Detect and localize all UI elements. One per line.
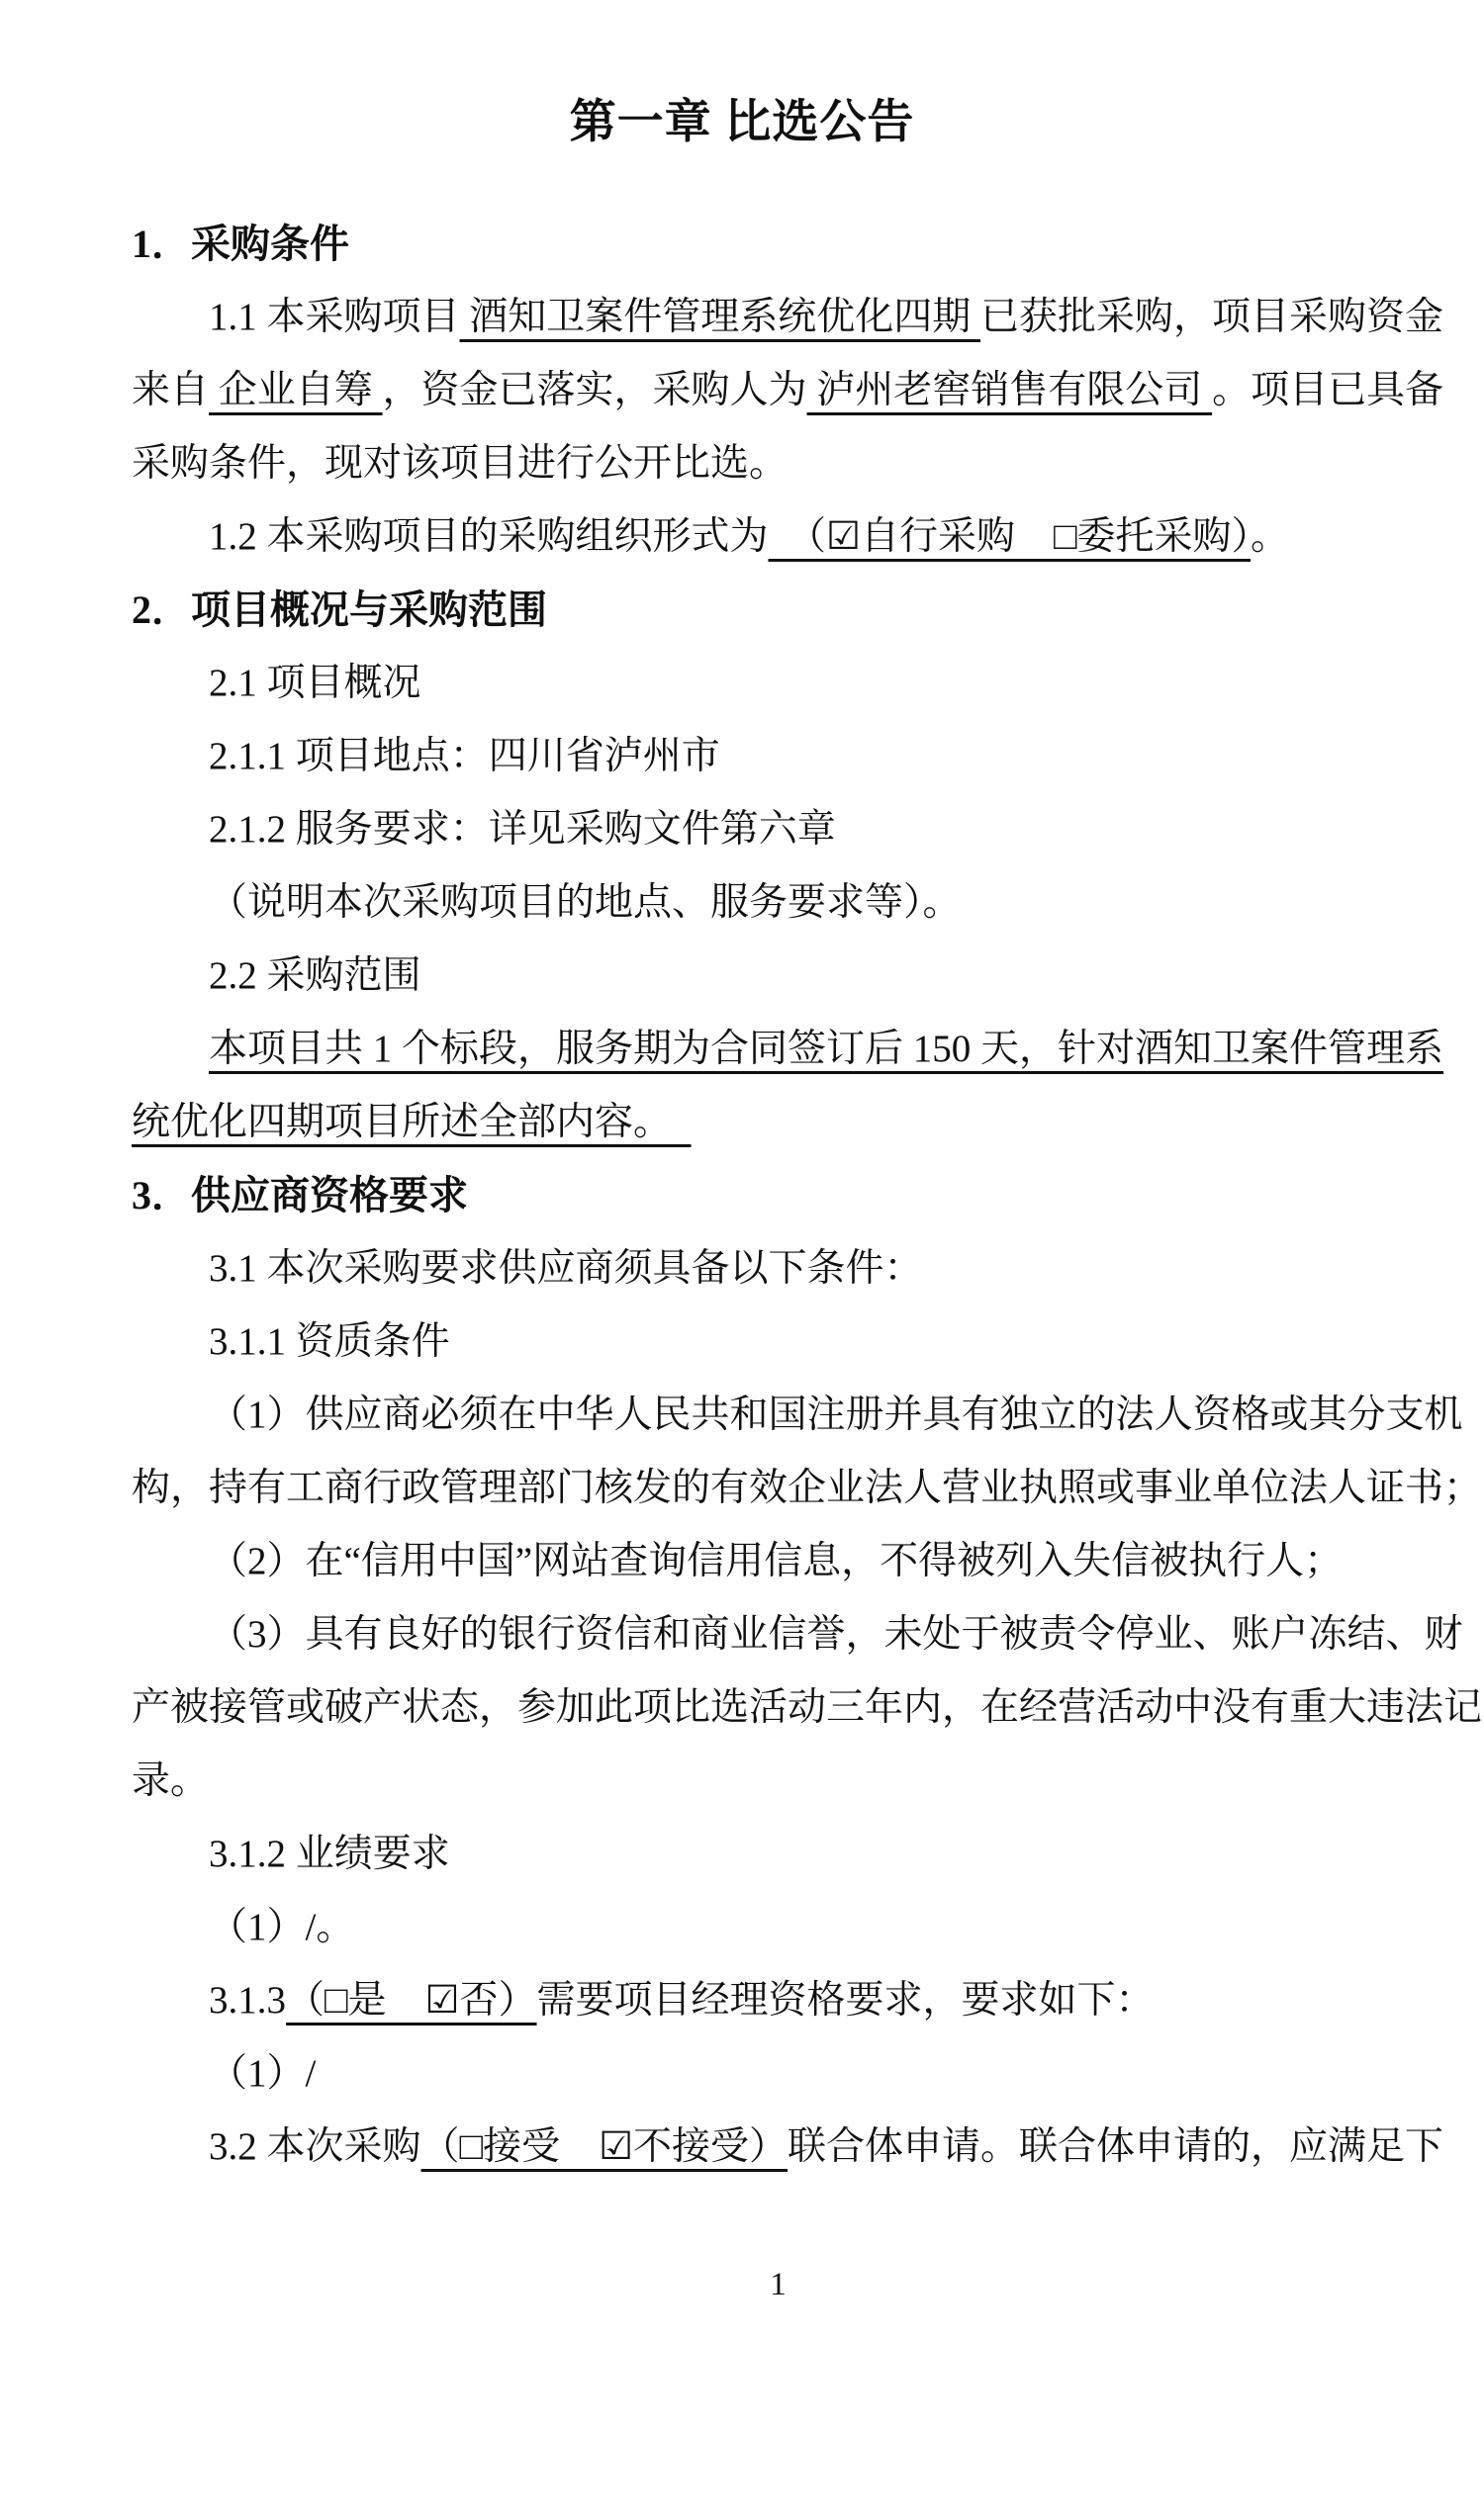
clause-1-1-line-2: 来自 企业自筹 ，资金已落实，采购人为 泸州老窖销售有限公司 。项目已具备 bbox=[132, 354, 1425, 427]
document-page: 第一章 比选公告 1．采购条件 1.1 本采购项目 酒知卫案件管理系统优化四期 … bbox=[0, 0, 1484, 2520]
clause-3-1-2: 3.1.2 业绩要求 bbox=[132, 1818, 1425, 1891]
checkbox-option-consortium: （□接受 ☑不接受） bbox=[421, 2125, 788, 2168]
clause-1-1-line-3: 采购条件，现对该项目进行公开比选。 bbox=[132, 427, 1425, 500]
clause-2-1: 2.1 项目概况 bbox=[132, 647, 1425, 720]
clause-text: 来自 bbox=[132, 369, 209, 411]
clause-text: 3.1.3 bbox=[209, 1979, 286, 2022]
clause-3-1-1: 3.1.1 资质条件 bbox=[132, 1305, 1425, 1379]
clause-text: （1）供应商必须在中华人民共和国注册并具有独立的法人资格或其分支机 bbox=[209, 1394, 1463, 1436]
qualification-item-3-line-3: 录。 bbox=[132, 1745, 1425, 1818]
blank-field-project-name: 酒知卫案件管理系统优化四期 bbox=[460, 296, 981, 338]
heading-text: 1．采购条件 bbox=[132, 222, 349, 266]
clause-1-1-line-1: 1.1 本采购项目 酒知卫案件管理系统优化四期 已获批采购，项目采购资金 bbox=[132, 281, 1425, 354]
qualification-item-1-line-2: 构，持有工商行政管理部门核发的有效企业法人营业执照或事业单位法人证书； bbox=[132, 1452, 1425, 1525]
clause-2-2-scope-line-1: 本项目共 1 个标段，服务期为合同签订后 150 天，针对酒知卫案件管理系 bbox=[132, 1013, 1425, 1086]
clause-text: （2）在“信用中国”网站查询信用信息，不得被列入失信被执行人； bbox=[209, 1540, 1343, 1582]
clause-text: 。项目已具备 bbox=[1212, 369, 1443, 411]
heading-text: 3．供应商资格要求 bbox=[132, 1173, 468, 1217]
clause-2-2: 2.2 采购范围 bbox=[132, 940, 1425, 1013]
clause-text: 2.2 采购范围 bbox=[209, 954, 421, 997]
clause-text: 3.1 本次采购要求供应商须具备以下条件： bbox=[209, 1247, 923, 1290]
page-number: 1 bbox=[132, 2267, 1425, 2303]
underlined-scope-text: 本项目共 1 个标段，服务期为合同签订后 150 天，针对酒知卫案件管理系 bbox=[209, 1028, 1443, 1070]
clause-2-2-scope-line-2: 统优化四期项目所述全部内容。 bbox=[132, 1086, 1425, 1159]
clause-text: ，资金已落实，采购人为 bbox=[383, 369, 807, 411]
clause-text: 2.1 项目概况 bbox=[209, 662, 421, 704]
clause-text: 3.1.2 业绩要求 bbox=[209, 1833, 450, 1875]
clause-text: （说明本次采购项目的地点、服务要求等）。 bbox=[209, 881, 962, 924]
clause-2-1-note: （说明本次采购项目的地点、服务要求等）。 bbox=[132, 866, 1425, 940]
clause-text: （1）/。 bbox=[209, 1906, 354, 1948]
clause-3-1: 3.1 本次采购要求供应商须具备以下条件： bbox=[132, 1232, 1425, 1305]
clause-text: 2.1.2 服务要求：详见采购文件第六章 bbox=[209, 808, 836, 851]
checkbox-option-pm-requirement: （□是 ☑否） bbox=[286, 1979, 537, 2022]
chapter-title: 第一章 比选公告 bbox=[0, 85, 1484, 151]
clause-2-1-1: 2.1.1 项目地点：四川省泸州市 bbox=[132, 720, 1425, 793]
document-body: 1．采购条件 1.1 本采购项目 酒知卫案件管理系统优化四期 已获批采购，项目采… bbox=[132, 208, 1425, 2184]
heading-text: 2．项目概况与采购范围 bbox=[132, 587, 547, 632]
clause-text: （3）具有良好的银行资信和商业信誉，未处于被责令停业、账户冻结、财 bbox=[209, 1613, 1463, 1656]
clause-3-2: 3.2 本次采购（□接受 ☑不接受）联合体申请。联合体申请的，应满足下 bbox=[132, 2111, 1425, 2184]
clause-text: 1.2 本采购项目的采购组织形式为 bbox=[209, 515, 769, 558]
clause-text: 。 bbox=[1251, 515, 1289, 558]
clause-text: 构，持有工商行政管理部门核发的有效企业法人营业执照或事业单位法人证书； bbox=[132, 1467, 1482, 1509]
section-3-heading: 3．供应商资格要求 bbox=[132, 1159, 1425, 1232]
pm-requirement-item-1: （1）/ bbox=[132, 2037, 1425, 2111]
qualification-item-3-line-1: （3）具有良好的银行资信和商业信誉，未处于被责令停业、账户冻结、财 bbox=[132, 1598, 1425, 1671]
performance-item-1: （1）/。 bbox=[132, 1891, 1425, 1964]
blank-field-purchaser-name: 泸州老窖销售有限公司 bbox=[807, 369, 1213, 411]
underlined-scope-text: 统优化四期项目所述全部内容。 bbox=[132, 1101, 692, 1143]
clause-text: 产被接管或破产状态，参加此项比选活动三年内，在经营活动中没有重大违法记 bbox=[132, 1686, 1482, 1729]
section-1-heading: 1．采购条件 bbox=[132, 208, 1425, 281]
clause-text: 采购条件，现对该项目进行公开比选。 bbox=[132, 442, 788, 485]
clause-text: 2.1.1 项目地点：四川省泸州市 bbox=[209, 735, 720, 777]
blank-field-funding-source: 企业自筹 bbox=[209, 369, 383, 411]
clause-text: 3.1.1 资质条件 bbox=[209, 1320, 450, 1363]
clause-text: 1.1 本采购项目 bbox=[209, 296, 460, 338]
checkbox-option-procurement-form: （☑自行采购 □委托采购） bbox=[769, 515, 1252, 558]
section-2-heading: 2．项目概况与采购范围 bbox=[132, 574, 1425, 647]
clause-text: 联合体申请。联合体申请的，应满足下 bbox=[788, 2125, 1443, 2168]
clause-2-1-2: 2.1.2 服务要求：详见采购文件第六章 bbox=[132, 793, 1425, 866]
clause-text: 3.2 本次采购 bbox=[209, 2125, 421, 2168]
clause-text: 需要项目经理资格要求，要求如下： bbox=[537, 1979, 1155, 2022]
qualification-item-1-line-1: （1）供应商必须在中华人民共和国注册并具有独立的法人资格或其分支机 bbox=[132, 1379, 1425, 1452]
clause-text: 录。 bbox=[132, 1759, 209, 1802]
clause-3-1-3: 3.1.3（□是 ☑否）需要项目经理资格要求，要求如下： bbox=[132, 1964, 1425, 2037]
clause-text: 已获批采购，项目采购资金 bbox=[980, 296, 1443, 338]
qualification-item-2: （2）在“信用中国”网站查询信用信息，不得被列入失信被执行人； bbox=[132, 1525, 1425, 1598]
clause-1-2: 1.2 本采购项目的采购组织形式为 （☑自行采购 □委托采购）。 bbox=[132, 500, 1425, 574]
clause-text: （1）/ bbox=[209, 2052, 316, 2095]
qualification-item-3-line-2: 产被接管或破产状态，参加此项比选活动三年内，在经营活动中没有重大违法记 bbox=[132, 1671, 1425, 1745]
